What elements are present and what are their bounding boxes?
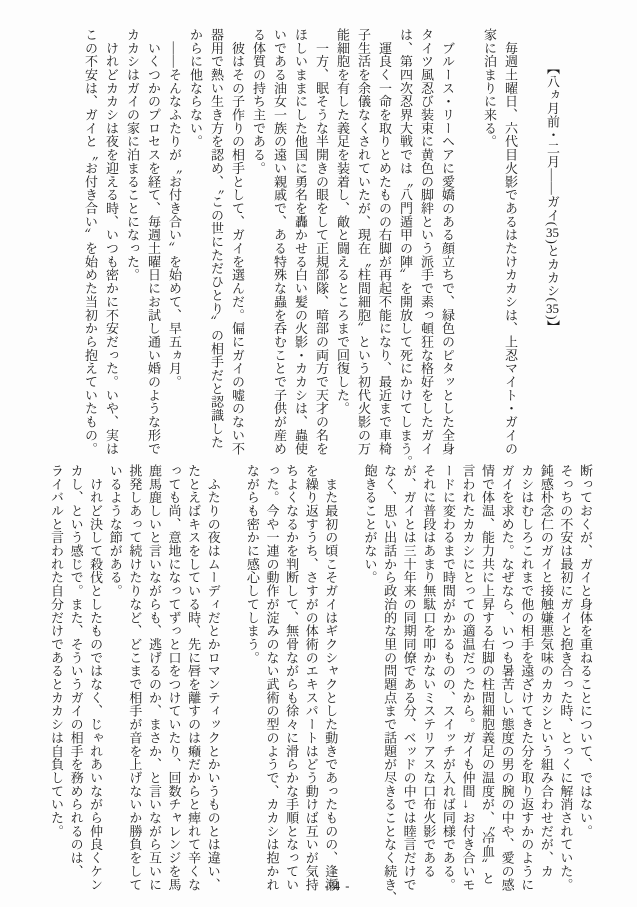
text-line: 挑発しあって続けたりなど、どこまで相手が音を上げないか勝負をして <box>125 464 145 896</box>
text-line: 言われたカカシにとっての適温だったから。ガイも仲間→お付き合いモ <box>458 464 478 896</box>
text-line: ライバルと言われた自分だけであるとカカシは自負していた。 <box>46 464 66 896</box>
text-block-top: 【八ヵ月前・二月――ガイ(35)とカカシ(35)】 毎週土曜日、六代目火影である… <box>80 28 563 468</box>
text-line: それに普段はあまり無駄口を叩かないミステリアスな口布火影である <box>419 464 439 896</box>
text-line: 器用で熱い生き方を認め、〝この世にただひとり〟の相手だと認識した <box>206 28 227 468</box>
text-line: を繰り返すうち、さすがの体術のエキスパートはどう動けば互いが気持 <box>301 464 321 896</box>
text-line: 鹿馬鹿しいと言いながらも、逃げるのか、まさか、と言いながら互いに <box>144 464 164 896</box>
text-line: からに他ならない。 <box>185 28 206 468</box>
text-line: 一方、眠そうな半開きの眼をして正規部隊、暗部の両方で天才の名を <box>311 28 332 468</box>
text-line: は、第四次忍界大戦では〝八門遁甲の陣〟を開放して死にかけてしまう。 <box>395 28 416 468</box>
text-line: ードに変わるまで時間がかかるものの、スイッチが入れば同様である。 <box>438 464 458 896</box>
text-line: カカシはガイの家に泊まることになった。 <box>122 28 143 468</box>
text-line: たとえばキスをしている時、先に唇を離すのは癪だからと痺れて辛くな <box>184 464 204 896</box>
page-number: - 4 - <box>0 879 637 894</box>
text-line: ガイを求めた。なぜなら、いつも暑苦しい態度の男の腕の中や、愛の感 <box>497 464 517 896</box>
text-line: この不安は、ガイと〝お付き合い〟を始めた当初から抱えていたもの。 <box>80 28 101 468</box>
text-line: 鈍感朴念仁のガイと接触嫌悪気味のカカシという組み合わせだが、カ <box>536 464 556 896</box>
text-line: いるような節がある。 <box>105 464 125 896</box>
text-line: ――そんなふたりが〝お付き合い〟を始めて、早五ヵ月。 <box>164 28 185 468</box>
text-line: る体質の持ち主である。 <box>248 28 269 468</box>
text-line: 能細胞を有した義足を装着し、敵と闘えるところまで回復した。 <box>332 28 353 468</box>
text-line: いくつかのプロセスを経て、毎週土曜日にお試し通い婚のような形で <box>143 28 164 468</box>
text-line: ちよくなるかを判断して、無骨ながらも徐々に滑らかな手順となってい <box>282 464 302 896</box>
text-line: 毎週土曜日、六代目火影であるはたけカカシは、上忍マイト・ガイの <box>500 28 521 468</box>
text-line: 子生活を余儀なくされていたが、現在〝柱間細胞〟という初代火影の万 <box>353 28 374 468</box>
text-line: っても尚、意地になってずっと口をつけていたり、回数チャレンジを馬 <box>164 464 184 896</box>
text-line: また最初の頃こそガイはギクシャクとした動きであったものの、逢瀬 <box>321 464 341 896</box>
text-line: けれどカカシは夜を迎える時、いつも密かに不安だった。いや、実は <box>101 28 122 468</box>
text-line: いである油女一族の遠い親戚で、ある特殊な蟲を呑むことで子供が産め <box>269 28 290 468</box>
blank-line <box>340 464 360 896</box>
blank-line <box>458 28 479 468</box>
text-line: 彼はその子作りの相手として、ガイを選んだ。偏にガイの嘘のない不 <box>227 28 248 468</box>
text-line: ブルース・リーヘアに愛嬌のある顔立ちで、緑色のピタッとした全身 <box>437 28 458 468</box>
text-line: 情で体温、能力共に上昇する右脚の柱間細胞義足の温度が、〝冷血〟と <box>477 464 497 896</box>
text-line: カシはむしろこれまで他の相手を遠ざけてきた分を取り返すかのように <box>517 464 537 896</box>
text-line: なく、思い出話から政治的な里の問題点まで話題が尽きることなく続き、 <box>379 464 399 896</box>
text-line: 断っておくが、ガイと身体を重ねることについて、ではない。 <box>575 464 595 896</box>
text-line: けれど決して殺伐としたものではなく、じゃれあいながら仲良くケン <box>86 464 106 896</box>
text-line: 運良く一命を取りとめたものの右脚が再起不能になり、最近まで車椅 <box>374 28 395 468</box>
text-line: ほしいままにした他国に勇名を轟かせる白い髪の火影・カカシは、蟲使 <box>290 28 311 468</box>
novel-page: 【八ヵ月前・二月――ガイ(35)とカカシ(35)】 毎週土曜日、六代目火影である… <box>0 0 637 907</box>
text-block-bottom: 断っておくが、ガイと身体を重ねることについて、ではない。そっちの不安は最初にガイ… <box>46 464 595 896</box>
text-line: 【八ヵ月前・二月――ガイ(35)とカカシ(35)】 <box>542 28 563 468</box>
text-line: った。今や一連の動作が淀みのない武術の型のようで、カカシは抱かれ <box>262 464 282 896</box>
text-line: カし、という感じで。また、そういうガイの相手を務められるのは、 <box>66 464 86 896</box>
blank-line <box>223 464 243 896</box>
text-line: ふたりの夜はムーディだとかロマンティックとかいうものとは違い、 <box>203 464 223 896</box>
text-line: ながらも密かに感心してしまう。 <box>242 464 262 896</box>
text-line: タイツ風忍び装束に黄色の脚絆という派手で素っ頓狂な格好をしたガイ <box>416 28 437 468</box>
blank-line <box>521 28 542 468</box>
text-line: そっちの不安は最初にガイと抱き合った時、とっくに解消されていた。 <box>556 464 576 896</box>
text-line: 飽きることがない。 <box>360 464 380 896</box>
text-line: 家に泊まりに来る。 <box>479 28 500 468</box>
text-line: が、ガイとは三十年来の同期同僚である分、ベッドの中では睦言だけで <box>399 464 419 896</box>
